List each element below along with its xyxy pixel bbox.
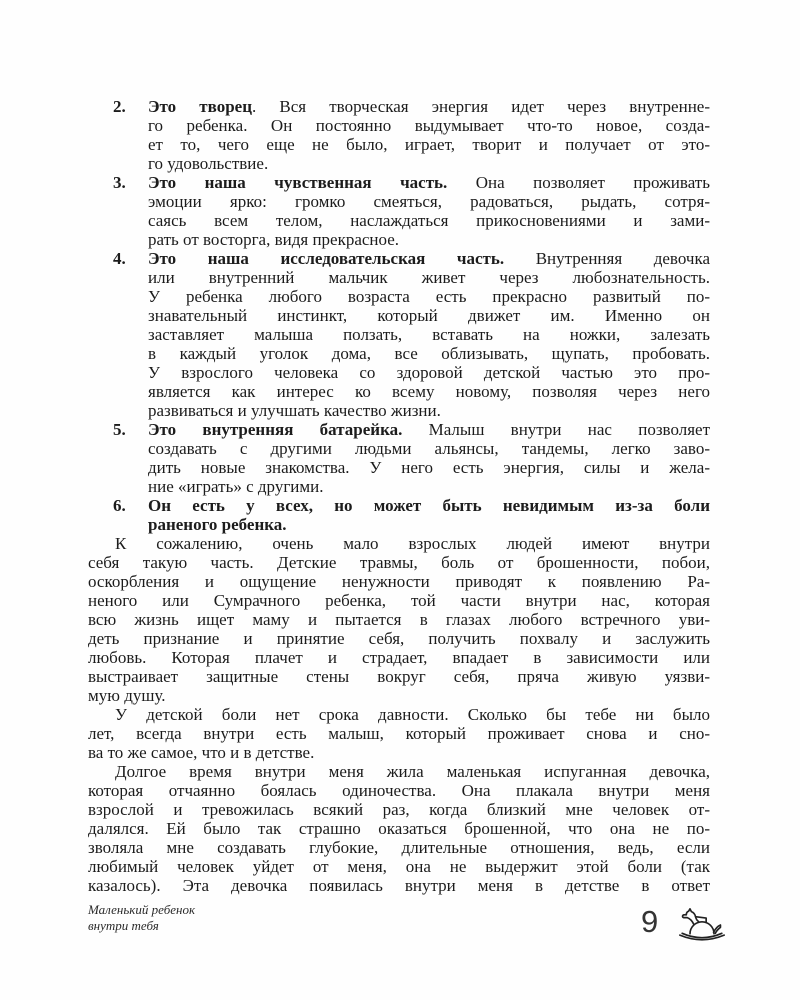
text-line: раненого ребенка.: [148, 515, 710, 534]
text-line: оскорбления и ощущение ненужности привод…: [88, 572, 710, 591]
text-line: Это наша исследовательская часть. Внутре…: [148, 249, 710, 268]
list-item-number: 2.: [113, 97, 148, 173]
text-line: У ребенка любого возраста есть прекрасно…: [148, 287, 710, 306]
list-item-number: 4.: [113, 249, 148, 420]
list-item: 3.Это наша чувственная часть. Она позвол…: [88, 173, 710, 249]
book-page: 2.Это творец. Вся творческая энергия иде…: [0, 0, 800, 1000]
text-line: заставляет малыша ползать, вставать на н…: [148, 325, 710, 344]
page-content: 2.Это творец. Вся творческая энергия иде…: [88, 97, 710, 895]
numbered-list: 2.Это творец. Вся творческая энергия иде…: [88, 97, 710, 534]
text-line: выстраивает защитные стены вокруг себя, …: [88, 667, 710, 686]
list-item-number: 5.: [113, 420, 148, 496]
page-number: 9: [641, 906, 658, 937]
rocking-horse-icon: [678, 906, 726, 944]
list-item-body: Это наша чувственная часть. Она позволяе…: [148, 173, 710, 249]
text-line: Он есть у всех, но может быть невидимым …: [148, 496, 710, 515]
text-line: всю жизнь ищет маму и пытается в глазах …: [88, 610, 710, 629]
text-line: дить новые знакомства. У него есть энерг…: [148, 458, 710, 477]
paragraph: Долгое время внутри меня жила маленькая …: [88, 762, 710, 895]
list-item-body: Это внутренняя батарейка. Малыш внутри н…: [148, 420, 710, 496]
text-line: или внутренний мальчик живет через любоз…: [148, 268, 710, 287]
list-item: 4.Это наша исследовательская часть. Внут…: [88, 249, 710, 420]
text-line: которая отчаянно боялась одиночества. Он…: [88, 781, 710, 800]
list-item-number: 3.: [113, 173, 148, 249]
text-line: Это творец. Вся творческая энергия идет …: [148, 97, 710, 116]
text-line: У детской боли нет срока давности. Сколь…: [88, 705, 710, 724]
paragraphs: К сожалению, очень мало взрослых людей и…: [88, 534, 710, 895]
text-line: рать от восторга, видя прекрасное.: [148, 230, 710, 249]
text-line: развиваться и улучшать качество жизни.: [148, 401, 710, 420]
running-footer-book-title: Маленький ребенок внутри тебя: [88, 902, 195, 933]
text-line: ва то же самое, что и в детстве.: [88, 743, 710, 762]
text-line: знавательный инстинкт, который движет им…: [148, 306, 710, 325]
list-item-body: Это наша исследовательская часть. Внутре…: [148, 249, 710, 420]
text-line: саясь всем телом, наслаждаться прикоснов…: [148, 211, 710, 230]
text-line: го ребенка. Он постоянно выдумывает что-…: [148, 116, 710, 135]
text-line: в каждый уголок дома, все облизывать, щу…: [148, 344, 710, 363]
text-line: деть признание и принятие себя, получить…: [88, 629, 710, 648]
text-line: ет то, чего еще не было, играет, творит …: [148, 135, 710, 154]
text-line: К сожалению, очень мало взрослых людей и…: [88, 534, 710, 553]
text-line: является как интерес ко всему новому, по…: [148, 382, 710, 401]
text-line: эмоции ярко: громко смеяться, радоваться…: [148, 192, 710, 211]
text-line: Это внутренняя батарейка. Малыш внутри н…: [148, 420, 710, 439]
list-item: 2.Это творец. Вся творческая энергия иде…: [88, 97, 710, 173]
text-line: го удовольствие.: [148, 154, 710, 173]
text-line: казалось). Эта девочка появилась внутри …: [88, 876, 710, 895]
text-line: У взрослого человека со здоровой детской…: [148, 363, 710, 382]
text-line: неного или Сумрачного ребенка, той части…: [88, 591, 710, 610]
paragraph: У детской боли нет срока давности. Сколь…: [88, 705, 710, 762]
list-item: 6.Он есть у всех, но может быть невидимы…: [88, 496, 710, 534]
text-line: любимый человек уйдет от меня, она не вы…: [88, 857, 710, 876]
text-line: мую душу.: [88, 686, 710, 705]
footer-title-line-1: Маленький ребенок: [88, 902, 195, 918]
text-line: Это наша чувственная часть. Она позволяе…: [148, 173, 710, 192]
footer-title-line-2: внутри тебя: [88, 918, 195, 934]
list-item-number: 6.: [113, 496, 148, 534]
list-item: 5.Это внутренняя батарейка. Малыш внутри…: [88, 420, 710, 496]
text-line: любовь. Которая плачет и страдает, впада…: [88, 648, 710, 667]
paragraph: К сожалению, очень мало взрослых людей и…: [88, 534, 710, 705]
text-line: себя такую часть. Детские травмы, боль о…: [88, 553, 710, 572]
text-line: Долгое время внутри меня жила маленькая …: [88, 762, 710, 781]
text-line: далялся. Ей было так страшно оказаться б…: [88, 819, 710, 838]
text-line: ние «играть» с другими.: [148, 477, 710, 496]
list-item-body: Он есть у всех, но может быть невидимым …: [148, 496, 710, 534]
text-line: взрослой и тревожилась всякий раз, когда…: [88, 800, 710, 819]
list-item-body: Это творец. Вся творческая энергия идет …: [148, 97, 710, 173]
text-line: лет, всегда внутри есть малыш, который п…: [88, 724, 710, 743]
text-line: создавать с другими людьми альянсы, танд…: [148, 439, 710, 458]
text-line: зволяла мне создавать глубокие, длительн…: [88, 838, 710, 857]
